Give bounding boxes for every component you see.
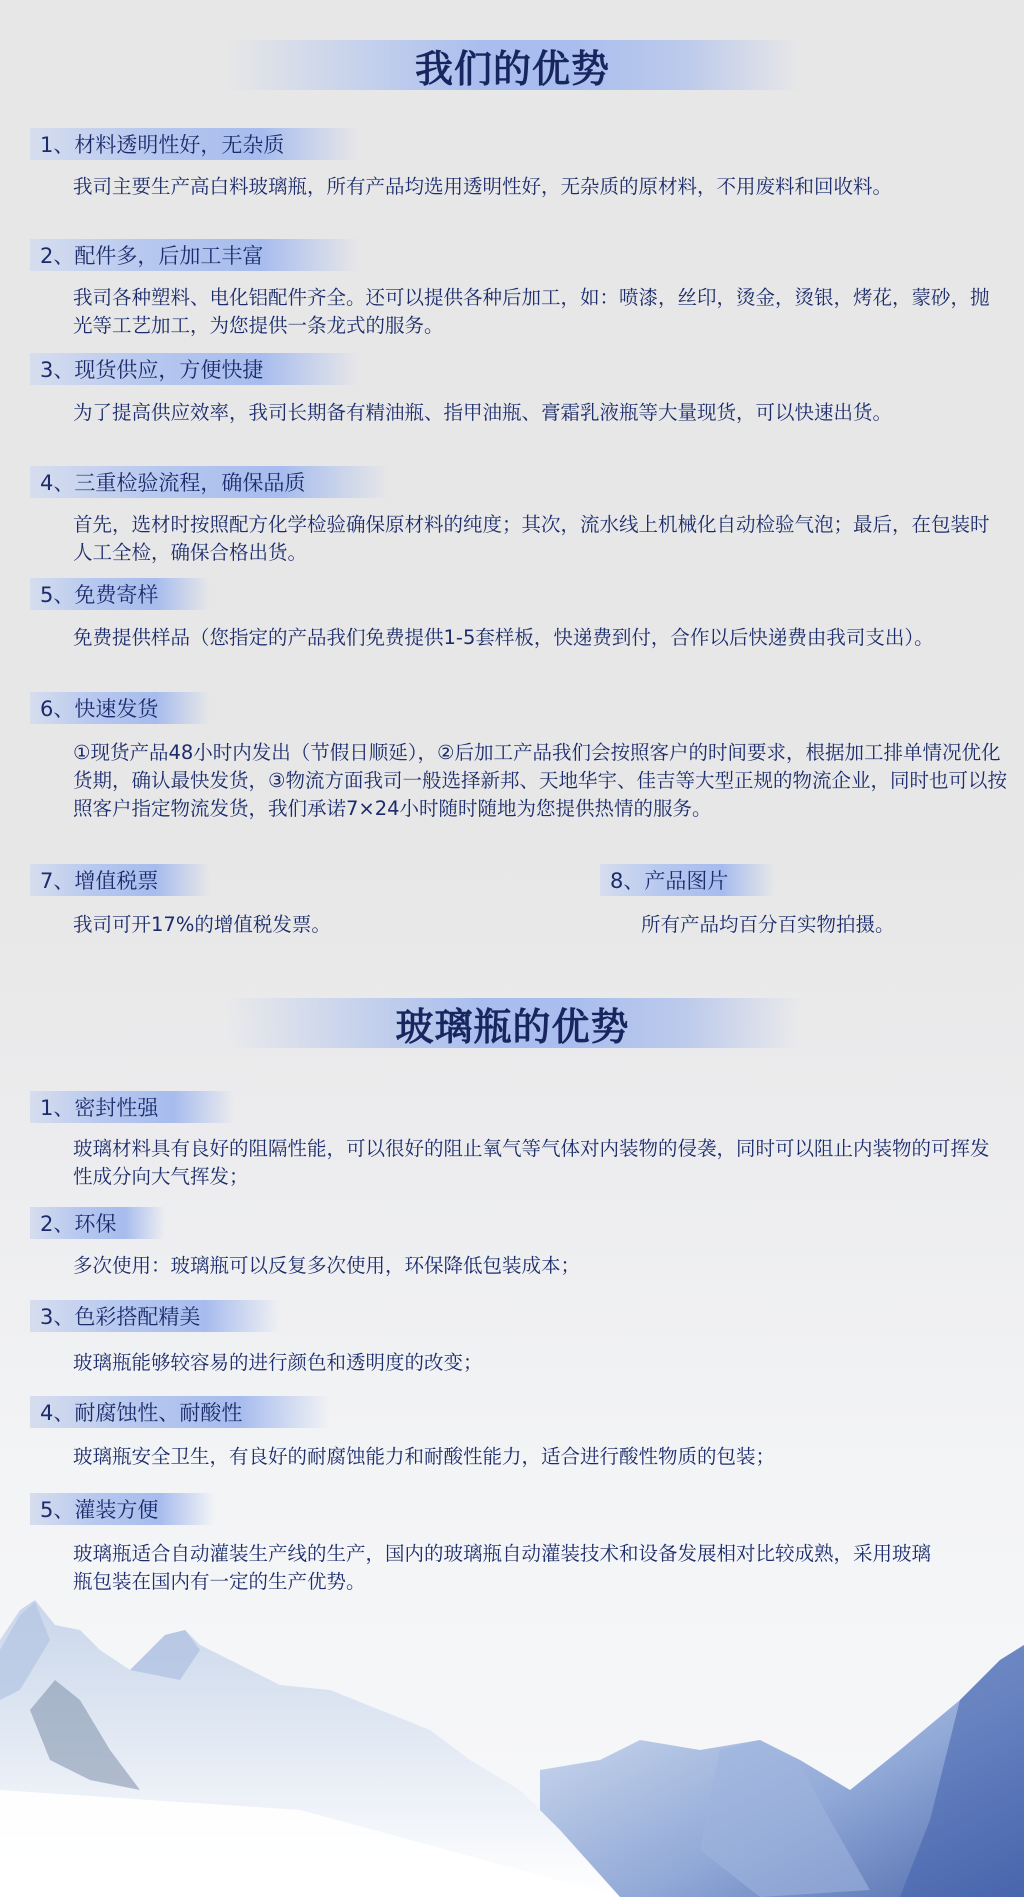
item-heading-text: 2、环保 [40,1208,116,1238]
item-heading-text: 1、材料透明性好，无杂质 [40,129,284,159]
item-heading: 4、耐腐蚀性、耐酸性 [30,1396,330,1428]
item-heading-text: 4、耐腐蚀性、耐酸性 [40,1397,242,1427]
item-heading: 5、免费寄样 [30,578,210,610]
section-title-band-glass-advantages: 玻璃瓶的优势 [225,998,800,1048]
section-title: 我们的优势 [415,38,610,93]
item-heading-text: 3、色彩搭配精美 [40,1301,200,1331]
item-body: 多次使用：玻璃瓶可以反复多次使用，环保降低包装成本； [73,1252,1008,1280]
section-title: 玻璃瓶的优势 [395,996,629,1051]
item-body: 玻璃瓶能够较容易的进行颜色和透明度的改变； [73,1349,1008,1377]
item-heading-text: 4、三重检验流程，确保品质 [40,467,305,497]
item-heading-text: 1、密封性强 [40,1092,158,1122]
item-heading: 5、灌装方便 [30,1493,215,1525]
item-heading: 3、现货供应，方便快捷 [30,353,360,385]
item-heading-text: 2、配件多，后加工丰富 [40,240,263,270]
item-heading: 7、增值税票 [30,864,210,896]
item-body: 玻璃瓶适合自动灌装生产线的生产，国内的玻璃瓶自动灌装技术和设备发展相对比较成熟，… [73,1540,943,1596]
item-heading: 6、快速发货 [30,692,210,724]
item-heading: 2、环保 [30,1207,165,1239]
item-heading: 8、产品图片 [600,864,775,896]
item-heading-text: 5、灌装方便 [40,1494,158,1524]
item-heading-text: 3、现货供应，方便快捷 [40,354,263,384]
snowy-mountains-image [0,1590,1024,1897]
item-body: 玻璃材料具有良好的阻隔性能，可以很好的阻止氧气等气体对内装物的侵袭，同时可以阻止… [73,1135,1008,1191]
item-heading: 1、密封性强 [30,1091,235,1123]
item-body: 我司主要生产高白料玻璃瓶，所有产品均选用透明性好，无杂质的原材料，不用废料和回收… [73,173,1008,201]
section-title-band-our-advantages: 我们的优势 [225,40,800,90]
item-heading-text: 8、产品图片 [610,865,728,895]
item-heading: 3、色彩搭配精美 [30,1300,280,1332]
item-heading: 2、配件多，后加工丰富 [30,239,360,271]
item-heading-text: 5、免费寄样 [40,579,158,609]
item-body: 我司可开17%的增值税发票。 [73,911,473,939]
item-body: 我司各种塑料、电化铝配件齐全。还可以提供各种后加工，如：喷漆，丝印，烫金，烫银，… [73,284,1008,340]
item-body: ①现货产品48小时内发出（节假日顺延），②后加工产品我们会按照客户的时间要求，根… [73,739,1018,823]
item-heading-text: 6、快速发货 [40,693,158,723]
item-body: 所有产品均百分百实物拍摄。 [641,911,1001,939]
item-body: 首先，选材时按照配方化学检验确保原材料的纯度；其次，流水线上机械化自动检验气泡；… [73,511,1008,567]
item-body: 为了提高供应效率，我司长期备有精油瓶、指甲油瓶、膏霜乳液瓶等大量现货，可以快速出… [73,399,1008,427]
item-heading-text: 7、增值税票 [40,865,158,895]
item-body: 玻璃瓶安全卫生，有良好的耐腐蚀能力和耐酸性能力，适合进行酸性物质的包装； [73,1443,1008,1471]
item-heading: 1、材料透明性好，无杂质 [30,128,360,160]
item-body: 免费提供样品（您指定的产品我们免费提供1-5套样板，快递费到付，合作以后快递费由… [73,624,1008,652]
item-heading: 4、三重检验流程，确保品质 [30,466,390,498]
